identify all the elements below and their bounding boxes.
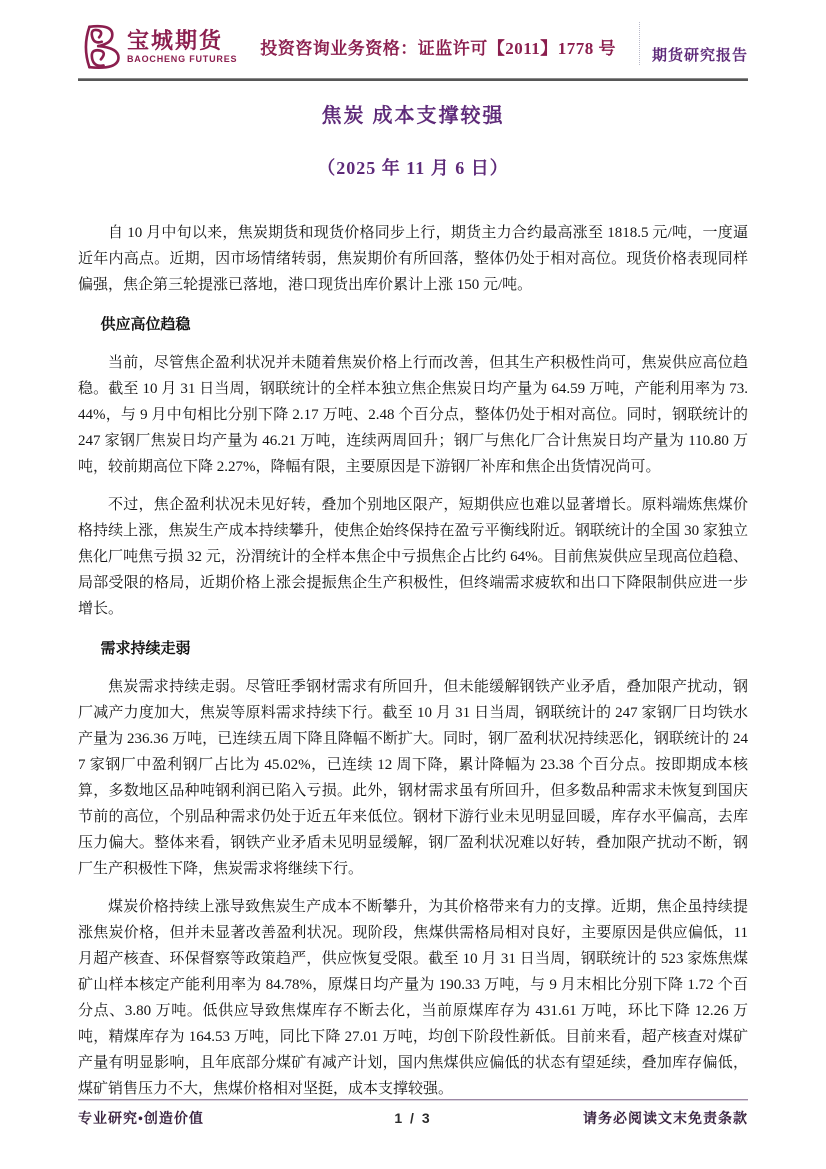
report-body: 自 10 月中旬以来，焦炭期货和现货价格同步上行，期货主力合约最高涨至 1818… (78, 220, 748, 1102)
supply-paragraph-2: 不过，焦企盈利状况未见好转，叠加个别地区限产，短期供应也难以显著增长。原料端炼焦… (78, 492, 748, 622)
logo-name-en: BAOCHENG FUTURES (127, 55, 237, 64)
section-heading-supply: 供应高位趋稳 (78, 312, 748, 338)
intro-paragraph: 自 10 月中旬以来，焦炭期货和现货价格同步上行，期货主力合约最高涨至 1818… (78, 220, 748, 298)
logo-name-cn: 宝城期货 (127, 30, 237, 52)
demand-paragraph-2: 煤炭价格持续上涨导致焦炭生产成本不断攀升，为其价格带来有力的支撑。近期，焦企虽持… (78, 894, 748, 1102)
qualification-text: 投资咨询业务资格：证监许可【2011】1778 号 (237, 22, 639, 59)
footer-slogan: 专业研究•创造价值 (78, 1108, 394, 1128)
report-type-label: 期货研究报告 (639, 22, 748, 65)
footer-disclaimer-note: 请务必阅读文末免责条款 (432, 1108, 748, 1128)
page-number: 1 / 3 (394, 1110, 431, 1126)
footer-row: 专业研究•创造价值 1 / 3 请务必阅读文末免责条款 (78, 1108, 748, 1128)
page-footer: 专业研究•创造价值 1 / 3 请务必阅读文末免责条款 (78, 1099, 748, 1128)
baocheng-logo: 宝城期货 BAOCHENG FUTURES (78, 22, 237, 72)
footer-divider (78, 1099, 748, 1101)
page-header: 宝城期货 BAOCHENG FUTURES 投资咨询业务资格：证监许可【2011… (78, 0, 748, 72)
baocheng-b-swirl-icon (78, 22, 122, 72)
demand-paragraph-1: 焦炭需求持续走弱。尽管旺季钢材需求有所回升，但未能缓解钢铁产业矛盾，叠加限产扰动… (78, 674, 748, 882)
header-divider (78, 78, 748, 81)
section-heading-demand: 需求持续走弱 (78, 636, 748, 662)
report-date: （2025 年 11 月 6 日） (78, 154, 748, 180)
logo-text: 宝城期货 BAOCHENG FUTURES (127, 30, 237, 64)
report-title: 焦炭 成本支撑较强 (78, 99, 748, 128)
report-page: 宝城期货 BAOCHENG FUTURES 投资咨询业务资格：证监许可【2011… (0, 0, 826, 1169)
supply-paragraph-1: 当前，尽管焦企盈利状况并未随着焦炭价格上行而改善，但其生产积极性尚可，焦炭供应高… (78, 350, 748, 480)
